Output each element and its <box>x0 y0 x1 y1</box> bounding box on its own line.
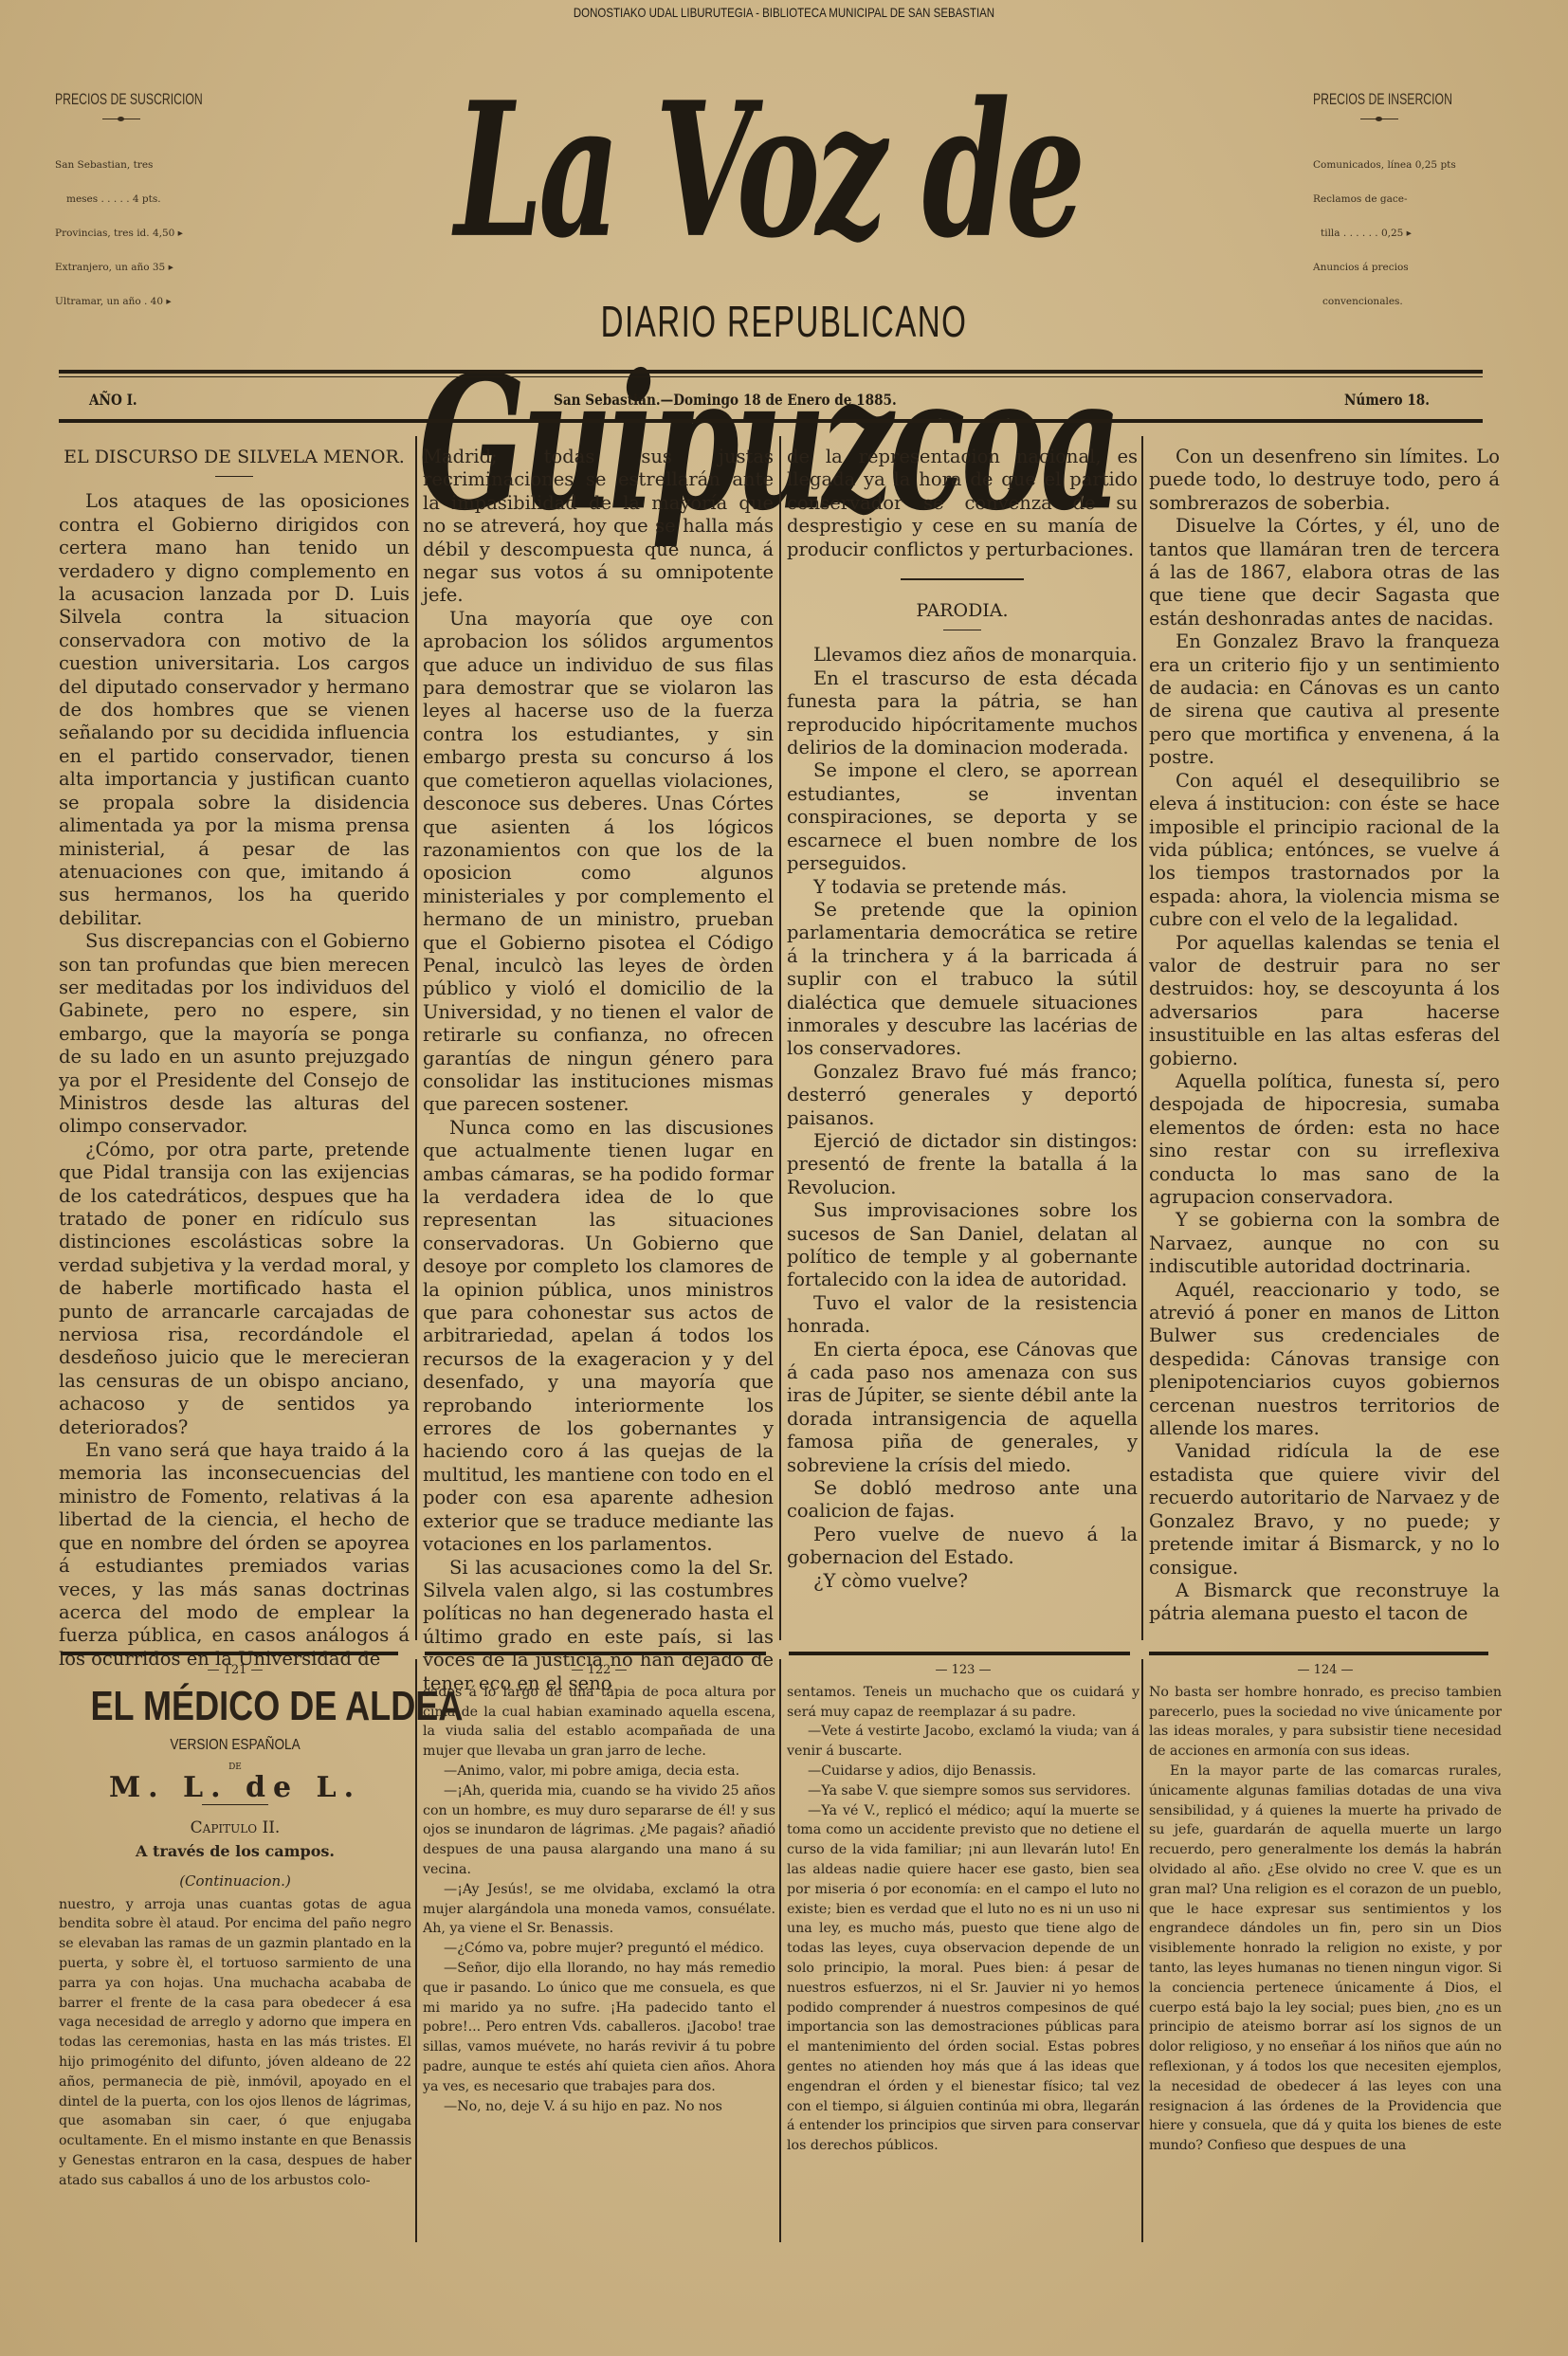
heading-dash <box>215 476 253 477</box>
price-row: Comunicados, línea 0,25 pts <box>1313 148 1522 182</box>
price-row: San Sebastian, tres <box>55 148 264 182</box>
folletin-author: M. L. de L. <box>59 1779 411 1799</box>
ornament-divider <box>901 578 1024 580</box>
column-divider <box>415 1659 417 2242</box>
paragraph: En vano será que haya traido á la memori… <box>59 1439 410 1671</box>
paragraph: Nunca como en las discusiones que actual… <box>423 1117 774 1557</box>
paragraph: —Vete á vestirte Jacobo, exclamó la viud… <box>787 1722 1140 1762</box>
masthead-title: La Voz de Guipuzcoa <box>354 34 1182 307</box>
paragraph: En el trascurso de esta década funesta p… <box>787 667 1138 760</box>
paragraph: En Gonzalez Bravo la franqueza era un cr… <box>1149 630 1500 769</box>
paragraph: Con un desenfreno sin límites. Lo puede … <box>1149 446 1500 515</box>
article-heading: EL DISCURSO DE SILVELA MENOR. <box>59 446 410 468</box>
paragraph: En la mayor parte de las comarcas rurale… <box>1149 1762 1502 2156</box>
dateline-rule <box>59 419 1483 423</box>
continuation-label: (Continuacion.) <box>59 1872 411 1891</box>
paragraph: —Cuidarse y adios, dijo Benassis. <box>787 1762 1140 1781</box>
header-rule-thick <box>59 370 1483 374</box>
column-divider <box>1141 436 1143 1640</box>
paragraph: Se dobló medroso ante una coalicion de f… <box>787 1477 1138 1524</box>
masthead-subtitle: DIARIO REPUBLICANO <box>220 296 1349 347</box>
paragraph: No basta ser hombre honrado, es preciso … <box>1149 1683 1502 1762</box>
paragraph: Por aquellas kalendas se tenia el valor … <box>1149 932 1500 1070</box>
article-silvela-cont: Madrid; todas sus justas recriminaciones… <box>423 446 774 1695</box>
paragraph: Aquella política, funesta sí, pero despo… <box>1149 1070 1500 1209</box>
paragraph: Sus improvisaciones sobre los sucesos de… <box>787 1199 1138 1292</box>
paragraph: —¡Ah, querida mia, cuando se ha vivido 2… <box>423 1781 775 1880</box>
date-label: San Sebastian.—Domingo 18 de Enero de 18… <box>554 391 897 409</box>
paragraph: Se impone el clero, se aporrean estudian… <box>787 759 1138 875</box>
paragraph: —Señor, dijo ella llorando, no hay más r… <box>423 1959 775 2097</box>
paragraph: Tuvo el valor de la resistencia honrada. <box>787 1292 1138 1339</box>
paragraph: Gonzalez Bravo fué más franco; desterró … <box>787 1061 1138 1130</box>
paragraph: A Bismarck que reconstruye la pátria ale… <box>1149 1580 1500 1626</box>
page-number: — 121 — <box>59 1661 411 1681</box>
insertion-prices: PRECIOS DE INSERCION Comunicados, línea … <box>1313 90 1522 319</box>
ornament-divider <box>202 1804 268 1805</box>
library-credit: DONOSTIAKO UDAL LIBURUTEGIA - BIBLIOTECA… <box>141 5 1427 20</box>
page-number: — 122 — <box>423 1661 775 1681</box>
paragraph: Vanidad ridícula la de ese estadista que… <box>1149 1440 1500 1579</box>
folletin-title: EL MÉDICO DE ALDEA <box>90 1683 379 1730</box>
price-row: Anuncios á precios <box>1313 250 1522 284</box>
article-parodia-cont: Con un desenfreno sin límites. Lo puede … <box>1149 446 1500 1626</box>
paragraph: Llevamos diez años de monarquia. <box>787 644 1138 667</box>
paragraph: Sus discrepancias con el Gobierno son ta… <box>59 930 410 1139</box>
price-row: Reclamos de gace- <box>1313 182 1522 216</box>
paragraph: Y todavia se pretende más. <box>787 876 1138 899</box>
paragraph: ¿Y còmo vuelve? <box>787 1570 1138 1593</box>
folletin-page-121: — 121 — EL MÉDICO DE ALDEA VERSION ESPAÑ… <box>59 1661 411 2191</box>
page-number: — 124 — <box>1149 1661 1502 1681</box>
year-label: AÑO I. <box>89 391 137 409</box>
header-rule-thin <box>59 376 1483 377</box>
paragraph: —No, no, deje V. á su hijo en paz. No no… <box>423 2097 775 2117</box>
folletin-page-123: — 123 — sentamos. Teneis un muchacho que… <box>787 1661 1140 2156</box>
chapter-label: Capitulo II. <box>59 1818 411 1838</box>
paragraph: —¿Cómo va, pobre mujer? preguntó el médi… <box>423 1939 775 1959</box>
folletin-page-124: — 124 — No basta ser hombre honrado, es … <box>1149 1661 1502 2156</box>
paragraph: Aquél, reaccionario y todo, se atrevió á… <box>1149 1279 1500 1441</box>
paragraph: sentamos. Teneis un muchacho que os cuid… <box>787 1683 1140 1723</box>
paragraph: Madrid; todas sus justas recriminaciones… <box>423 446 774 608</box>
folletin-page-122: — 122 — cados á lo largo de una tápia de… <box>423 1661 775 2116</box>
paragraph: nuestro, y arroja unas cuantas gotas de … <box>59 1895 411 2191</box>
paragraph: de la representacion nacional, es llegad… <box>787 446 1138 561</box>
folletin-rule <box>61 1652 398 1655</box>
dateline: AÑO I. San Sebastian.—Domingo 18 de Ener… <box>59 387 1483 415</box>
paragraph: Y se gobierna con la sombra de Narvaez, … <box>1149 1209 1500 1278</box>
paragraph: —Animo, valor, mi pobre amiga, decia est… <box>423 1762 775 1781</box>
price-row: Provincias, tres id. 4,50 ▸ <box>55 216 264 250</box>
paragraph: En cierta época, ese Cánovas que á cada … <box>787 1339 1138 1477</box>
paragraph: —Ya sabe V. que siempre somos sus servid… <box>787 1781 1140 1801</box>
chapter-title: A través de los campos. <box>59 1842 411 1862</box>
ornament-divider <box>1360 119 1398 119</box>
column-divider <box>779 1659 781 2242</box>
folletin-rule <box>1149 1652 1488 1655</box>
column-divider <box>1141 1659 1143 2242</box>
folletin-rule <box>425 1652 766 1655</box>
article-silvela: EL DISCURSO DE SILVELA MENOR. Los ataque… <box>59 446 410 1671</box>
paragraph: cados á lo largo de una tápia de poca al… <box>423 1683 775 1762</box>
price-row: tilla . . . . . . 0,25 ▸ <box>1313 216 1522 250</box>
paragraph: —Ya vé V., replicó el médico; aquí la mu… <box>787 1801 1140 2156</box>
subscription-heading: PRECIOS DE SUSCRICION <box>55 90 205 109</box>
paragraph: Los ataques de las oposiciones contra el… <box>59 490 410 930</box>
paragraph: Ejerció de dictador sin distingos: prese… <box>787 1130 1138 1199</box>
paragraph: Se pretende que la opinion parlamentaria… <box>787 899 1138 1061</box>
issue-number: Número 18. <box>1344 391 1430 409</box>
paragraph: —¡Ay Jesús!, se me olvidaba, exclamó la … <box>423 1880 775 1939</box>
paragraph: Una mayoría que oye con aprobacion los s… <box>423 608 774 1117</box>
heading-dash <box>943 630 981 630</box>
page-number: — 123 — <box>787 1661 1140 1681</box>
subscription-prices: PRECIOS DE SUSCRICION San Sebastian, tre… <box>55 90 264 319</box>
paragraph: ¿Cómo, por otra parte, pretende que Pida… <box>59 1139 410 1439</box>
article-parodia: de la representacion nacional, es llegad… <box>787 446 1138 1593</box>
insertion-heading: PRECIOS DE INSERCION <box>1313 90 1463 109</box>
price-row: meses . . . . . 4 pts. <box>55 182 264 216</box>
price-row: convencionales. <box>1313 284 1522 319</box>
column-divider <box>415 436 417 1640</box>
folletin-rule <box>789 1652 1130 1655</box>
price-row: Extranjero, un año 35 ▸ <box>55 250 264 284</box>
article-heading: PARODIA. <box>787 599 1138 622</box>
ornament-divider <box>102 119 140 119</box>
paragraph: Con aquél el desequilibrio se eleva á in… <box>1149 770 1500 932</box>
folletin-version: VERSION ESPAÑOLA <box>85 1736 385 1756</box>
column-divider <box>779 436 781 1640</box>
paragraph: Disuelve la Córtes, y él, uno de tantos … <box>1149 515 1500 630</box>
paragraph: Pero vuelve de nuevo á la gobernacion de… <box>787 1524 1138 1570</box>
